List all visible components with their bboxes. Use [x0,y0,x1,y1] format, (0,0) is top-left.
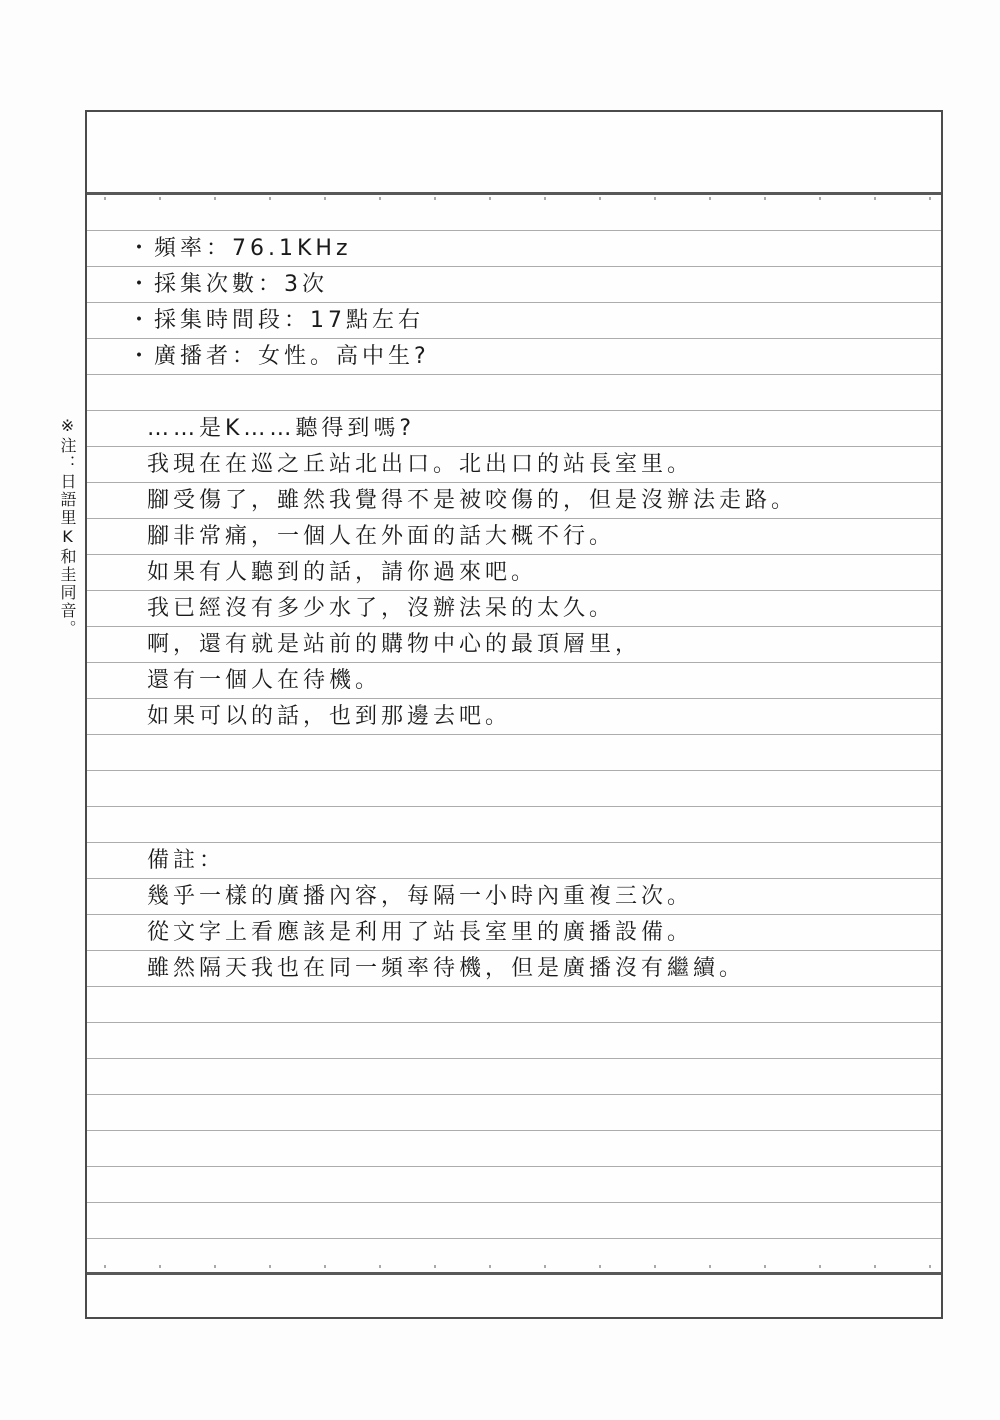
ruled-row: 幾乎一樣的廣播內容，每隔一小時內重複三次。 [87,879,941,915]
row-text: 腳非常痛，一個人在外面的話大概不行。 [87,519,941,554]
ruled-row [87,195,941,231]
ruled-row [87,735,941,771]
ruled-row: ・廣播者：女性。高中生? [87,339,941,375]
ruled-row [87,375,941,411]
ruled-row [87,987,941,1023]
header-box [87,112,941,195]
ruler-ticks-bottom [87,1265,941,1268]
row-text: ・採集時間段：17點左右 [87,303,941,338]
row-text: ・廣播者：女性。高中生? [87,339,941,374]
ruled-row: ……是K……聽得到嗎? [87,411,941,447]
translator-side-note: ※注：日語里K和圭同音。 [55,416,79,638]
ruled-row [87,771,941,807]
ruled-row: 腳受傷了，雖然我覺得不是被咬傷的，但是沒辦法走路。 [87,483,941,519]
row-text: 我現在在巡之丘站北出口。北出口的站長室里。 [87,447,941,482]
row-text: 雖然隔天我也在同一頻率待機，但是廣播沒有繼續。 [87,951,941,986]
row-text [87,1095,941,1130]
ruled-row: 從文字上看應該是利用了站長室里的廣播設備。 [87,915,941,951]
ruled-row [87,1095,941,1131]
row-text [87,1059,941,1094]
row-text: 備註： [87,843,941,878]
ruled-row: 備註： [87,843,941,879]
row-text [87,987,941,1022]
row-text [87,375,941,410]
row-text [87,1023,941,1058]
ruled-row: ・頻率：76.1KHz [87,231,941,267]
ruled-row: 啊，還有就是站前的購物中心的最頂層里， [87,627,941,663]
ruled-row: ・採集次數：3次 [87,267,941,303]
row-text: 腳受傷了，雖然我覺得不是被咬傷的，但是沒辦法走路。 [87,483,941,518]
row-text: ……是K……聽得到嗎? [87,411,941,446]
ruled-row: ・採集時間段：17點左右 [87,303,941,339]
ruled-row: 腳非常痛，一個人在外面的話大概不行。 [87,519,941,555]
row-text: 幾乎一樣的廣播內容，每隔一小時內重複三次。 [87,879,941,914]
ruled-row: 我現在在巡之丘站北出口。北出口的站長室里。 [87,447,941,483]
ruled-row [87,1023,941,1059]
row-text [87,735,941,770]
row-text [87,195,941,230]
row-text: 啊，還有就是站前的購物中心的最頂層里， [87,627,941,662]
row-text: 如果可以的話，也到那邊去吧。 [87,699,941,734]
footer-strip [87,1275,941,1317]
ruled-row [87,1203,941,1239]
ruled-row: 雖然隔天我也在同一頻率待機，但是廣播沒有繼續。 [87,951,941,987]
ruled-row [87,807,941,843]
ruled-rows-container: ・頻率：76.1KHz・採集次數：3次・採集時間段：17點左右・廣播者：女性。高… [87,195,941,1275]
row-text [87,807,941,842]
ruled-row [87,1239,941,1275]
row-text: 如果有人聽到的話，請你過來吧。 [87,555,941,590]
row-text: 還有一個人在待機。 [87,663,941,698]
ruled-row: 如果有人聽到的話，請你過來吧。 [87,555,941,591]
row-text: 我已經沒有多少水了，沒辦法呆的太久。 [87,591,941,626]
ruled-row [87,1059,941,1095]
row-text: ・頻率：76.1KHz [87,231,941,266]
ruled-row: 如果可以的話，也到那邊去吧。 [87,699,941,735]
row-text: 從文字上看應該是利用了站長室里的廣播設備。 [87,915,941,950]
row-text [87,1131,941,1166]
ruled-row [87,1131,941,1167]
ruled-row: 還有一個人在待機。 [87,663,941,699]
row-text [87,1167,941,1202]
ruled-row [87,1167,941,1203]
row-text [87,1203,941,1238]
row-text [87,771,941,806]
ruled-row: 我已經沒有多少水了，沒辦法呆的太久。 [87,591,941,627]
report-sheet-page: ・頻率：76.1KHz・採集次數：3次・採集時間段：17點左右・廣播者：女性。高… [85,110,943,1319]
row-text: ・採集次數：3次 [87,267,941,302]
